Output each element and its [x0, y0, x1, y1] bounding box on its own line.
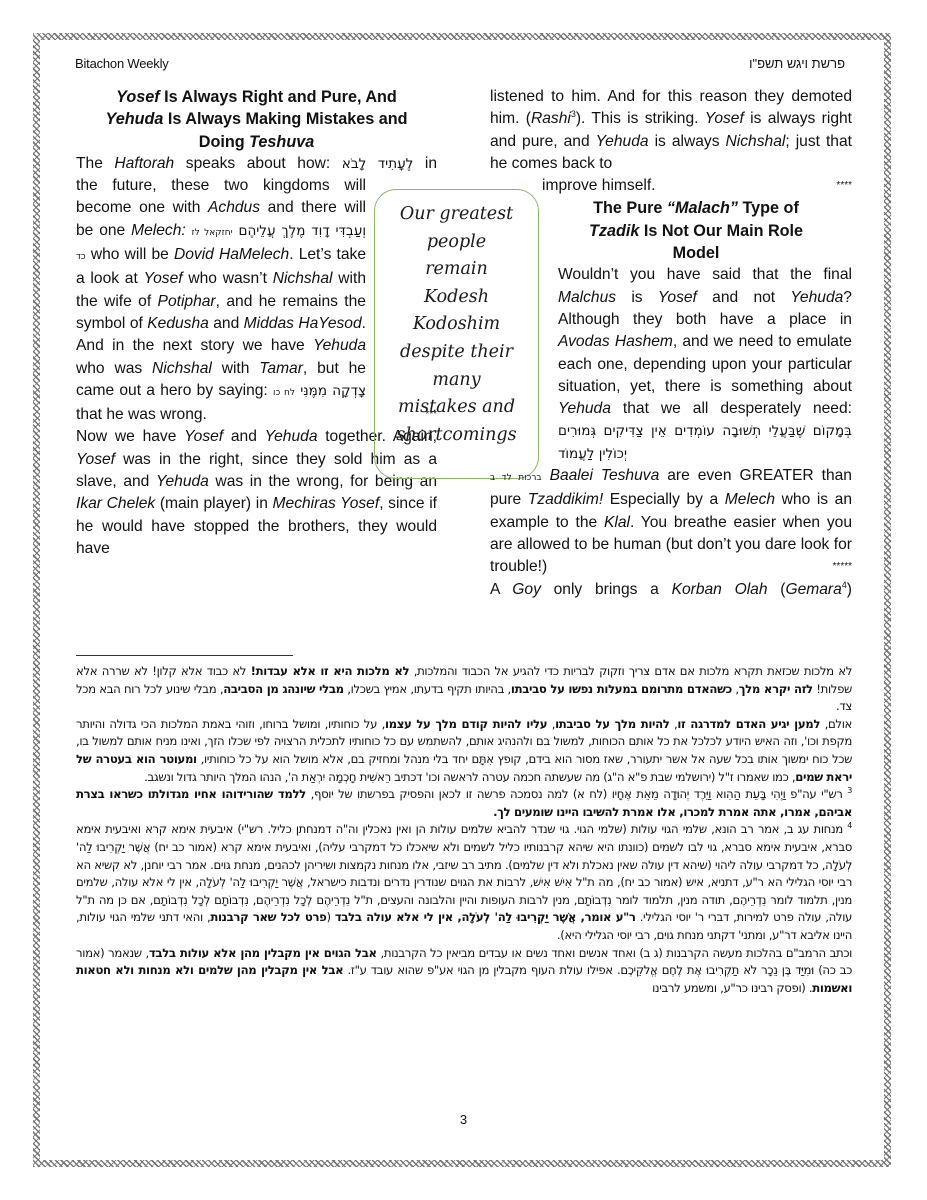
text: Nichshal [726, 133, 786, 150]
text: who wasn’t [183, 270, 273, 287]
text: , [732, 682, 739, 696]
text: כשהאדם מתרומם במעלות נפשו על סביבתו [511, 682, 732, 696]
text: Yehuda [596, 133, 649, 150]
heading-text: Model [673, 244, 720, 262]
footnote-separator [76, 655, 293, 656]
text: Kedusha [147, 315, 209, 332]
heading-text: Is Always Right and Pure, And [160, 88, 397, 106]
text: עליו להיות קודם מלך על עצמו [385, 717, 547, 731]
text: that he was wrong. [76, 406, 207, 423]
text: Achdus [208, 199, 260, 216]
article-heading-1: Yosef Is Always Right and Pure, And Yehu… [76, 86, 437, 153]
heading-text: Tzadik [589, 222, 639, 240]
wrapped-line: improve himself.**** [490, 175, 852, 197]
text: improve himself. [542, 177, 656, 194]
text: Yehuda [265, 428, 318, 445]
source-citation: ברכות לד ב [490, 473, 542, 483]
text: (main player) in [155, 495, 272, 512]
footnote-3: 3 רש"י עה"פ וַיְהִי בָּעֵת הַהִוא וַיֵּר… [76, 786, 852, 821]
text: Yehuda [790, 289, 843, 306]
wrapped-text: the future, these two kingdoms will beco… [76, 175, 366, 426]
text: Yosef [76, 451, 115, 468]
heading-text: “Malach” [667, 199, 738, 217]
text: Yehuda [156, 473, 209, 490]
source-citation: לח כו [273, 388, 295, 398]
paragraph-wrapped: Wouldn’t you have said that the final Ma… [490, 264, 852, 465]
hebrew-quote: צָדְקָה מִמֶּנִּי [300, 383, 366, 399]
text: Wouldn’t you have said that the final [558, 266, 852, 283]
footnote-continuation: לא מלכות שכזאת תקרא מלכות אם אדם צריך וז… [76, 663, 852, 716]
text: Yosef [705, 110, 744, 127]
text: להיות מלך על סביבתו [555, 717, 669, 731]
text: Korban Olah [672, 581, 768, 598]
footnote-4: 4 מנחות עג ב, אמר רב הונא, שלמי הגוי עול… [76, 821, 852, 944]
section-divider-stars: **** [836, 175, 852, 197]
text: Potiphar [158, 293, 216, 310]
text: Dovid HaMelech [174, 246, 289, 263]
text: Avodas Hashem [558, 333, 673, 350]
text: Nichshal [152, 360, 212, 377]
text: speaks about how: [174, 155, 342, 172]
paragraph-line-first: The Haftorah speaks about how: לֶעָתִיד … [76, 153, 437, 175]
text: and [223, 428, 264, 445]
heading-text: Is Always Making Mistakes and [163, 110, 407, 128]
paragraph: A Goy only brings a Korban Olah (Gemara4… [490, 579, 852, 601]
text: . (ופסק רבינו כר"ע, ומשמע לרבינו [652, 981, 812, 995]
text: that we all desperately need: [611, 400, 852, 417]
text: Middas HaYesod [244, 315, 362, 332]
heading-text: Type of [738, 199, 799, 217]
text: who will be [86, 246, 174, 263]
text: ר"ע אומר, אֲשֶׁר יַקְרִיבוּ לַה' לְעֹלָה… [335, 910, 636, 924]
text: מבלי שיונהג מן הסביבה [223, 682, 344, 696]
text: וכתב הרמב"ם בהלכות מעשה הקרבנות (ג ב) וא… [377, 946, 852, 960]
text: לא מלכות היא זו אלא עבדות! [251, 664, 410, 678]
text: ( [768, 581, 786, 598]
text: אבל הגוים אין מקבלין מהן אלא עולות בלבד [149, 946, 377, 960]
text: Melech: [131, 222, 186, 239]
text: Yosef [144, 270, 183, 287]
text: in [413, 155, 437, 172]
text: Klal [604, 514, 630, 531]
text: Melech [725, 491, 775, 508]
text: Malchus [558, 289, 616, 306]
text: with [212, 360, 259, 377]
text: , כמו שאמרו ז"ל (ירושלמי שבת פ"א ה"ג) מה… [144, 770, 795, 784]
text: , [547, 717, 555, 731]
text: Goy [512, 581, 541, 598]
text: and not [697, 289, 791, 306]
text: , בהיותו תקיף בדעתו, אמיץ בשכלו, [344, 682, 511, 696]
text: is always [649, 133, 726, 150]
text: ) [847, 581, 852, 598]
text: Yosef [184, 428, 223, 445]
text: Tamar [259, 360, 303, 377]
heading-text: The Pure [593, 199, 667, 217]
article-heading-2: The Pure “Malach” Type of Tzadik Is Not … [490, 197, 852, 264]
heading-text: Doing [199, 133, 249, 151]
text [542, 467, 550, 484]
text: A [490, 581, 512, 598]
text: Haftorah [114, 155, 174, 172]
text: Now we have [76, 428, 184, 445]
footnote-paragraph: אולם, למען יגיע האדם למדרגה זו, להיות מל… [76, 716, 852, 786]
footnote-number: 3 [847, 786, 852, 795]
footnotes: לא מלכות שכזאת תקרא מלכות אם אדם צריך וז… [76, 663, 852, 997]
text: Tzaddikim! [528, 491, 603, 508]
text: פרט לכל שאר קרבנות [210, 910, 326, 924]
right-column: listened to him. And for this reason the… [490, 86, 852, 601]
text: Yosef [658, 289, 697, 306]
text: Gemara [785, 581, 841, 598]
text: Yehuda [558, 400, 611, 417]
paragraph: listened to him. And for this reason the… [490, 86, 852, 197]
text: ). This is striking. [576, 110, 705, 127]
text: The [76, 155, 114, 172]
text: Mechiras Yosef [273, 495, 380, 512]
text: לא מלכות שכזאת תקרא מלכות אם אדם צריך וז… [409, 664, 852, 678]
text: רש"י עה"פ וַיְהִי בָּעֵת הַהִוא וַיֵּרֶד… [306, 787, 847, 801]
text: only brings a [541, 581, 672, 598]
text: Rashi [531, 110, 571, 127]
text: אולם, [820, 717, 852, 731]
text: Especially by a [603, 491, 725, 508]
paragraph: ברכות לד ב Baalei Teshuva are even GREAT… [490, 465, 852, 578]
text: לזה יקרא מלך [739, 682, 813, 696]
heading-text: Yosef [116, 88, 159, 106]
footnote-paragraph: וכתב הרמב"ם בהלכות מעשה הקרבנות (ג ב) וא… [76, 945, 852, 998]
text: ( [327, 910, 335, 924]
parsha-title: פרשת ויגש תשפ"ו [749, 56, 845, 71]
text: למען יגיע האדם למדרגה זו [677, 717, 820, 731]
text: Yehuda [313, 337, 366, 354]
page-number: 3 [0, 1112, 927, 1127]
text: and [209, 315, 244, 332]
hebrew-quote: בְּמָקוֹם שֶׁבַּעֲלֵי תְשׁוּבָה עוֹמְדִי… [558, 423, 852, 461]
text: Baalei Teshuva [550, 467, 660, 484]
text: who was [76, 360, 152, 377]
hebrew-quote: לֶעָתִיד לָבֹא [342, 156, 414, 172]
section-divider-stars: ***** [833, 556, 852, 578]
text: Ikar Chelek [76, 495, 155, 512]
text: is [616, 289, 658, 306]
publication-title: Bitachon Weekly [75, 56, 169, 71]
heading-text: Teshuva [249, 133, 314, 151]
text: Nichshal [273, 270, 333, 287]
heading-text: Yehuda [106, 110, 164, 128]
heading-text: Is Not Our Main Role [639, 222, 803, 240]
footnote-number: 4 [847, 821, 852, 830]
